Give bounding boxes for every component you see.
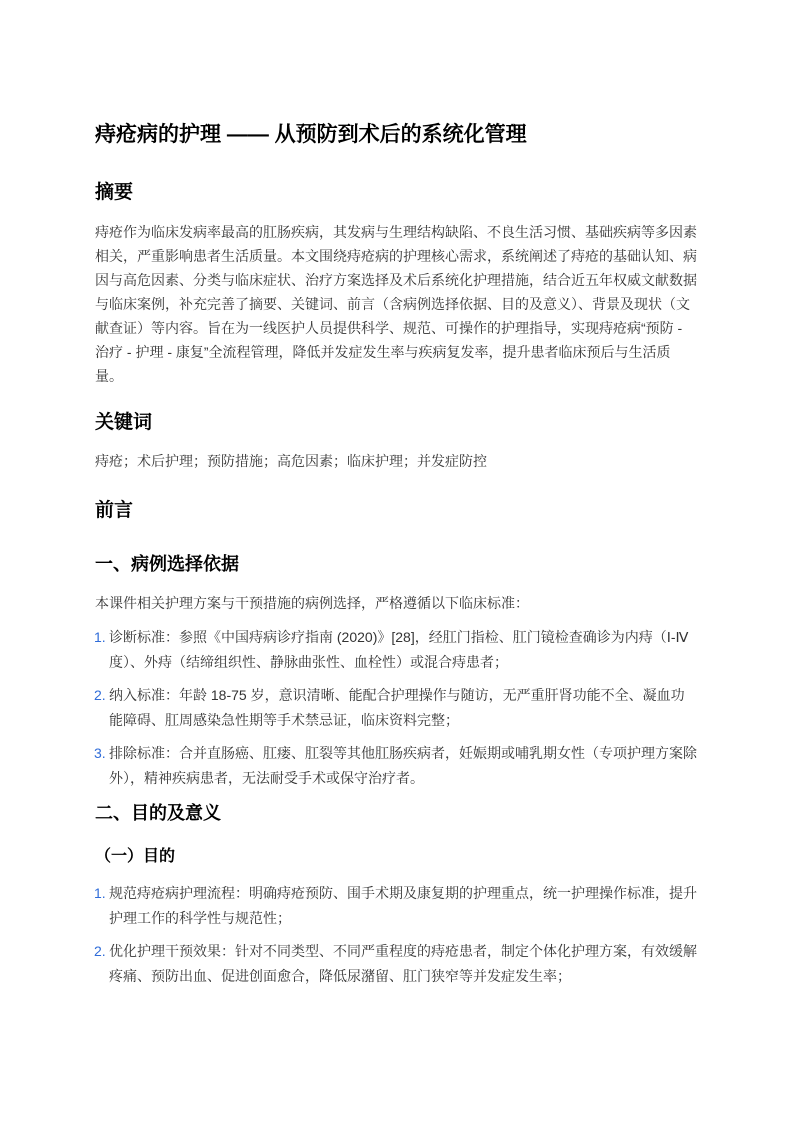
abstract-text: 痔疮作为临床发病率最高的肛肠疾病，其发病与生理结构缺陷、不良生活习惯、基础疾病等… (95, 220, 697, 388)
list-item-number: 1. (94, 881, 106, 906)
list-item-number: 3. (94, 741, 106, 766)
list-item: 1. 诊断标准：参照《中国痔病诊疗指南 (2020)》[28]，经肛门指检、肛门… (95, 625, 697, 675)
list-item-text: 纳入标准：年龄 18-75 岁，意识清晰、能配合护理操作与随访，无严重肝肾功能不… (109, 687, 685, 728)
list-item-text: 排除标准：合并直肠癌、肛瘘、肛裂等其他肛肠疾病者，妊娠期或哺乳期女性（专项护理方… (109, 745, 697, 786)
list-item-text: 诊断标准：参照《中国痔病诊疗指南 (2020)》[28]，经肛门指检、肛门镜检查… (109, 629, 688, 670)
purpose-sub-heading: （一）目的 (95, 846, 697, 868)
list-item: 2. 优化护理干预效果：针对不同类型、不同严重程度的痔疮患者，制定个体化护理方案… (95, 939, 697, 989)
document-page: 痔疮病的护理 —— 从预防到术后的系统化管理 摘要 痔疮作为临床发病率最高的肛肠… (0, 0, 793, 1122)
list-item: 2. 纳入标准：年龄 18-75 岁，意识清晰、能配合护理操作与随访，无严重肝肾… (95, 683, 697, 733)
list-item-text: 优化护理干预效果：针对不同类型、不同严重程度的痔疮患者，制定个体化护理方案，有效… (109, 943, 697, 984)
case-selection-list: 1. 诊断标准：参照《中国痔病诊疗指南 (2020)》[28]，经肛门指检、肛门… (95, 625, 697, 791)
document-title: 痔疮病的护理 —— 从预防到术后的系统化管理 (95, 120, 697, 149)
list-item-text: 规范痔疮病护理流程：明确痔疮预防、围手术期及康复期的护理重点，统一护理操作标准，… (109, 885, 697, 926)
list-item-number: 2. (94, 939, 106, 964)
section-case-selection-heading: 一、病例选择依据 (95, 552, 697, 577)
preface-heading: 前言 (95, 498, 697, 524)
list-item: 1. 规范痔疮病护理流程：明确痔疮预防、围手术期及康复期的护理重点，统一护理操作… (95, 881, 697, 931)
case-selection-intro: 本课件相关护理方案与干预措施的病例选择，严格遵循以下临床标准： (95, 591, 697, 615)
list-item: 3. 排除标准：合并直肠癌、肛瘘、肛裂等其他肛肠疾病者，妊娠期或哺乳期女性（专项… (95, 741, 697, 791)
purpose-list: 1. 规范痔疮病护理流程：明确痔疮预防、围手术期及康复期的护理重点，统一护理操作… (95, 881, 697, 989)
abstract-heading: 摘要 (95, 180, 697, 206)
keywords-text: 痔疮；术后护理；预防措施；高危因素；临床护理；并发症防控 (95, 449, 697, 473)
section-purpose-heading: 二、目的及意义 (95, 801, 697, 826)
keywords-heading: 关键词 (95, 410, 697, 436)
list-item-number: 2. (94, 683, 106, 708)
list-item-number: 1. (94, 625, 106, 650)
